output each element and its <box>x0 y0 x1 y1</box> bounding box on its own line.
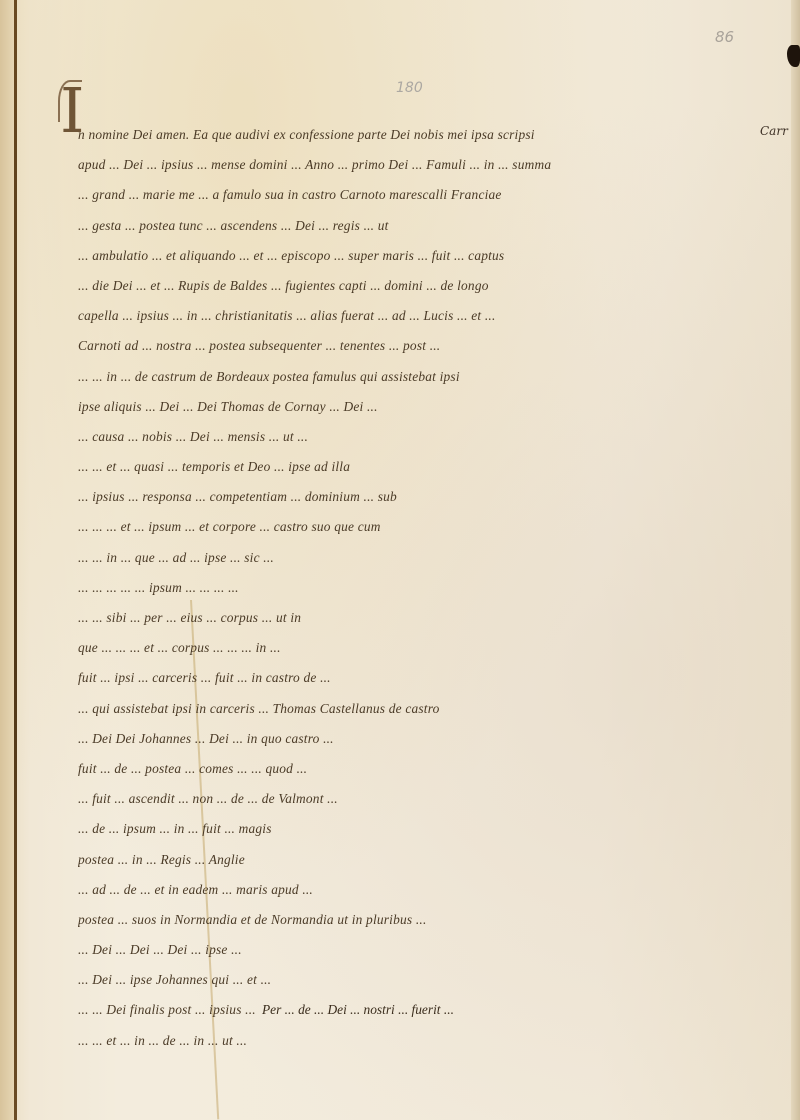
text-line: ... ... ... et ... ipsum ... et corpore … <box>78 512 678 542</box>
folio-number: 86 <box>715 28 734 46</box>
ink-blot <box>787 45 800 67</box>
page-number: 180 <box>396 80 423 96</box>
page-edge <box>791 0 800 1120</box>
text-line: ... Dei ... Dei ... Dei ... ipse ... <box>78 935 678 965</box>
closing-subscription: Per ... de ... Dei ... nostri ... fuerit… <box>262 1002 454 1018</box>
text-line: ... fuit ... ascendit ... non ... de ...… <box>78 784 678 814</box>
text-line: ... ... in ... que ... ad ... ipse ... s… <box>78 543 678 573</box>
text-line: ... ad ... de ... et in eadem ... maris … <box>78 875 678 905</box>
text-line: ... ... et ... in ... de ... in ... ut .… <box>78 1026 678 1056</box>
text-line: ... ... ... ... ... ipsum ... ... ... ..… <box>78 573 678 603</box>
text-line: Carnoti ad ... nostra ... postea subsequ… <box>78 331 678 361</box>
text-line: ... ... in ... de castrum de Bordeaux po… <box>78 362 678 392</box>
text-line: ... ... et ... quasi ... temporis et Deo… <box>78 452 678 482</box>
text-line: postea ... suos in Normandia et de Norma… <box>78 905 678 935</box>
text-line: n nomine Dei amen. Ea que audivi ex conf… <box>78 120 678 150</box>
text-block: n nomine Dei amen. Ea que audivi ex conf… <box>78 120 678 1056</box>
text-line: ... grand ... marie me ... a famulo sua … <box>78 180 678 210</box>
text-line: ... qui assistebat ipsi in carceris ... … <box>78 694 678 724</box>
text-line: ... die Dei ... et ... Rupis de Baldes .… <box>78 271 678 301</box>
text-line: ... causa ... nobis ... Dei ... mensis .… <box>78 422 678 452</box>
text-line: ... ... sibi ... per ... eius ... corpus… <box>78 603 678 633</box>
manuscript-folio: 86 180 I Carr n nomine Dei amen. Ea que … <box>0 0 800 1120</box>
text-line: fuit ... de ... postea ... comes ... ...… <box>78 754 678 784</box>
text-line: postea ... in ... Regis ... Anglie <box>78 845 678 875</box>
text-line: ... Dei Dei Johannes ... Dei ... in quo … <box>78 724 678 754</box>
text-line: apud ... Dei ... ipsius ... mense domini… <box>78 150 678 180</box>
text-line: ipse aliquis ... Dei ... Dei Thomas de C… <box>78 392 678 422</box>
binding-edge <box>14 0 17 1120</box>
text-line: ... ipsius ... responsa ... competentiam… <box>78 482 678 512</box>
text-line: fuit ... ipsi ... carceris ... fuit ... … <box>78 663 678 693</box>
text-line: ... de ... ipsum ... in ... fuit ... mag… <box>78 814 678 844</box>
text-line: que ... ... ... et ... corpus ... ... ..… <box>78 633 678 663</box>
marginal-note: Carr <box>760 124 788 138</box>
text-line: ... Dei ... ipse Johannes qui ... et ... <box>78 965 678 995</box>
text-line: ... gesta ... postea tunc ... ascendens … <box>78 211 678 241</box>
text-line: ... ambulatio ... et aliquando ... et ..… <box>78 241 678 271</box>
text-line: capella ... ipsius ... in ... christiani… <box>78 301 678 331</box>
binding-gutter <box>0 0 14 1120</box>
